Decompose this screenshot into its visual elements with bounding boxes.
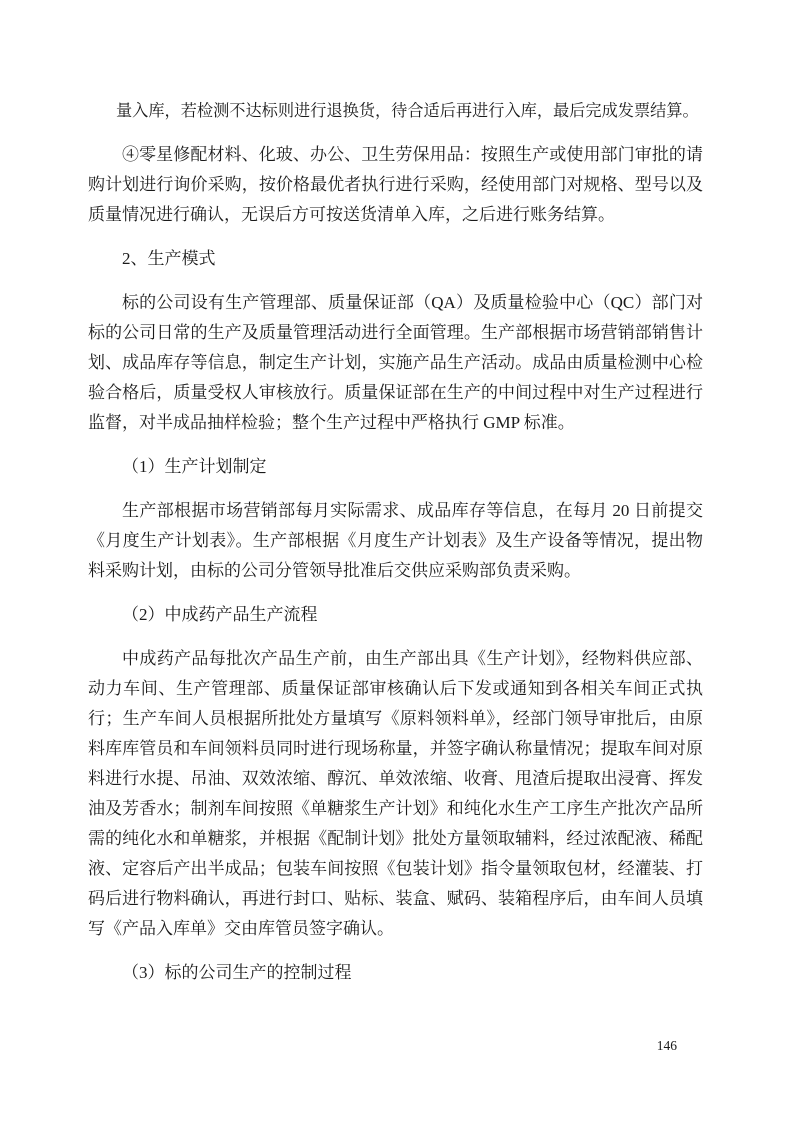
document-page: 量入库，若检测不达标则进行退换货，待合适后再进行入库，最后完成发票结算。 ④零星… — [0, 0, 793, 1122]
heading-production-plan-formulation: （1）生产计划制定 — [88, 452, 703, 482]
heading-production-mode: 2、生产模式 — [88, 244, 703, 274]
paragraph-production-plan-detail: 生产部根据市场营销部每月实际需求、成品库存等信息，在每月 20 日前提交《月度生… — [88, 496, 703, 586]
paragraph-tcm-production-process-detail: 中成药产品每批次产品生产前，由生产部出具《生产计划》，经物料供应部、动力车间、生… — [88, 644, 703, 944]
paragraph-misc-supplies-procurement: ④零星修配材料、化玻、办公、卫生劳保用品：按照生产或使用部门审批的请购计划进行询… — [88, 140, 703, 230]
heading-production-control-process: （3）标的公司生产的控制过程 — [88, 958, 703, 988]
page-content: 量入库，若检测不达标则进行退换货，待合适后再进行入库，最后完成发票结算。 ④零星… — [0, 0, 793, 988]
paragraph-inbound-settlement-continuation: 量入库，若检测不达标则进行退换货，待合适后再进行入库，最后完成发票结算。 — [88, 96, 703, 126]
paragraph-production-management-overview: 标的公司设有生产管理部、质量保证部（QA）及质量检验中心（QC）部门对标的公司日… — [88, 288, 703, 438]
page-number: 146 — [657, 1037, 677, 1055]
heading-tcm-production-process: （2）中成药产品生产流程 — [88, 600, 703, 630]
